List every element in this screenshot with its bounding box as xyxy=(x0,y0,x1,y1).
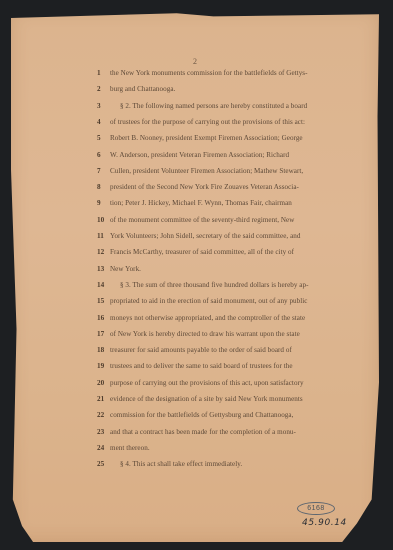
document-page: 2 1the New York monuments commission for… xyxy=(11,10,379,542)
line-number: 13 xyxy=(97,265,110,273)
text-lines: 1the New York monuments commission for t… xyxy=(11,10,379,542)
catalog-number: 45.90.14 xyxy=(302,518,347,528)
document-line: 24ment thereon. xyxy=(97,444,367,456)
archive-stamp: 6168 xyxy=(297,502,335,515)
line-text: evidence of the designation of a site by… xyxy=(110,395,303,403)
line-number: 6 xyxy=(97,151,110,159)
line-number: 2 xyxy=(97,85,110,93)
line-text: of trustees for the purpose of carrying … xyxy=(110,118,305,126)
line-text: W. Anderson, president Veteran Firemen A… xyxy=(110,151,289,159)
line-number: 1 xyxy=(97,69,110,77)
line-number: 21 xyxy=(97,395,110,403)
line-text: Francis McCarthy, treasurer of said comm… xyxy=(110,248,294,256)
line-text: § 2. The following named persons are her… xyxy=(110,102,307,110)
document-line: 1the New York monuments commission for t… xyxy=(97,69,367,81)
document-line: 16moneys not otherwise appropriated, and… xyxy=(97,314,367,326)
document-line: 3§ 2. The following named persons are he… xyxy=(97,102,367,114)
document-line: 23and that a contract has been made for … xyxy=(97,428,367,440)
line-text: trustees and to deliver the same to said… xyxy=(110,362,293,370)
document-line: 18treasurer for said amounts payable to … xyxy=(97,346,367,358)
line-number: 22 xyxy=(97,411,110,419)
line-text: burg and Chattanooga. xyxy=(110,85,175,93)
line-text: treasurer for said amounts payable to th… xyxy=(110,346,292,354)
line-text: New York. xyxy=(110,265,141,273)
document-line: 19trustees and to deliver the same to sa… xyxy=(97,362,367,374)
line-number: 11 xyxy=(97,232,110,240)
line-number: 23 xyxy=(97,428,110,436)
document-line: 17of New York is hereby directed to draw… xyxy=(97,330,367,342)
line-text: tion; Peter J. Hickey, Michael F. Wynn, … xyxy=(110,199,292,207)
line-text: Robert B. Nooney, president Exempt Firem… xyxy=(110,134,303,142)
line-text: purpose of carrying out the provisions o… xyxy=(110,379,304,387)
line-text: and that a contract has been made for th… xyxy=(110,428,296,436)
line-number: 7 xyxy=(97,167,110,175)
line-number: 20 xyxy=(97,379,110,387)
document-line: 15propriated to aid in the erection of s… xyxy=(97,297,367,309)
line-text: the New York monuments commission for th… xyxy=(110,69,308,77)
line-text: president of the Second New York Fire Zo… xyxy=(110,183,299,191)
line-number: 12 xyxy=(97,248,110,256)
line-number: 4 xyxy=(97,118,110,126)
line-text: moneys not otherwise appropriated, and t… xyxy=(110,314,305,322)
document-line: 9tion; Peter J. Hickey, Michael F. Wynn,… xyxy=(97,199,367,211)
line-text: Cullen, president Volunteer Firemen Asso… xyxy=(110,167,303,175)
document-line: 13New York. xyxy=(97,265,367,277)
line-number: 9 xyxy=(97,199,110,207)
document-line: 2burg and Chattanooga. xyxy=(97,85,367,97)
line-text: commission for the battlefields of Getty… xyxy=(110,411,293,419)
document-line: 25§ 4. This act shall take effect immedi… xyxy=(97,460,367,472)
line-text: of the monument committee of the seventy… xyxy=(110,216,294,224)
document-line: 4of trustees for the purpose of carrying… xyxy=(97,118,367,130)
line-number: 17 xyxy=(97,330,110,338)
document-line: 12Francis McCarthy, treasurer of said co… xyxy=(97,248,367,260)
document-line: 11York Volunteers; John Sidell, secretar… xyxy=(97,232,367,244)
document-line: 21evidence of the designation of a site … xyxy=(97,395,367,407)
line-text: of New York is hereby directed to draw h… xyxy=(110,330,300,338)
line-number: 3 xyxy=(97,102,110,110)
document-line: 5Robert B. Nooney, president Exempt Fire… xyxy=(97,134,367,146)
line-number: 19 xyxy=(97,362,110,370)
line-number: 24 xyxy=(97,444,110,452)
paper-tear-mark xyxy=(68,8,72,11)
line-text: § 4. This act shall take effect immediat… xyxy=(110,460,242,468)
line-text: ment thereon. xyxy=(110,444,150,452)
line-number: 16 xyxy=(97,314,110,322)
document-line: 6W. Anderson, president Veteran Firemen … xyxy=(97,151,367,163)
line-number: 14 xyxy=(97,281,110,289)
document-line: 14§ 3. The sum of three thousand five hu… xyxy=(97,281,367,293)
line-text: § 3. The sum of three thousand five hund… xyxy=(110,281,309,289)
line-number: 5 xyxy=(97,134,110,142)
document-line: 7Cullen, president Volunteer Firemen Ass… xyxy=(97,167,367,179)
line-number: 15 xyxy=(97,297,110,305)
line-text: York Volunteers; John Sidell, secretary … xyxy=(110,232,300,240)
line-text: propriated to aid in the erection of sai… xyxy=(110,297,308,305)
document-line: 8president of the Second New York Fire Z… xyxy=(97,183,367,195)
document-line: 10of the monument committee of the seven… xyxy=(97,216,367,228)
line-number: 18 xyxy=(97,346,110,354)
document-line: 22commission for the battlefields of Get… xyxy=(97,411,367,423)
document-line: 20purpose of carrying out the provisions… xyxy=(97,379,367,391)
line-number: 25 xyxy=(97,460,110,468)
line-number: 8 xyxy=(97,183,110,191)
line-number: 10 xyxy=(97,216,110,224)
